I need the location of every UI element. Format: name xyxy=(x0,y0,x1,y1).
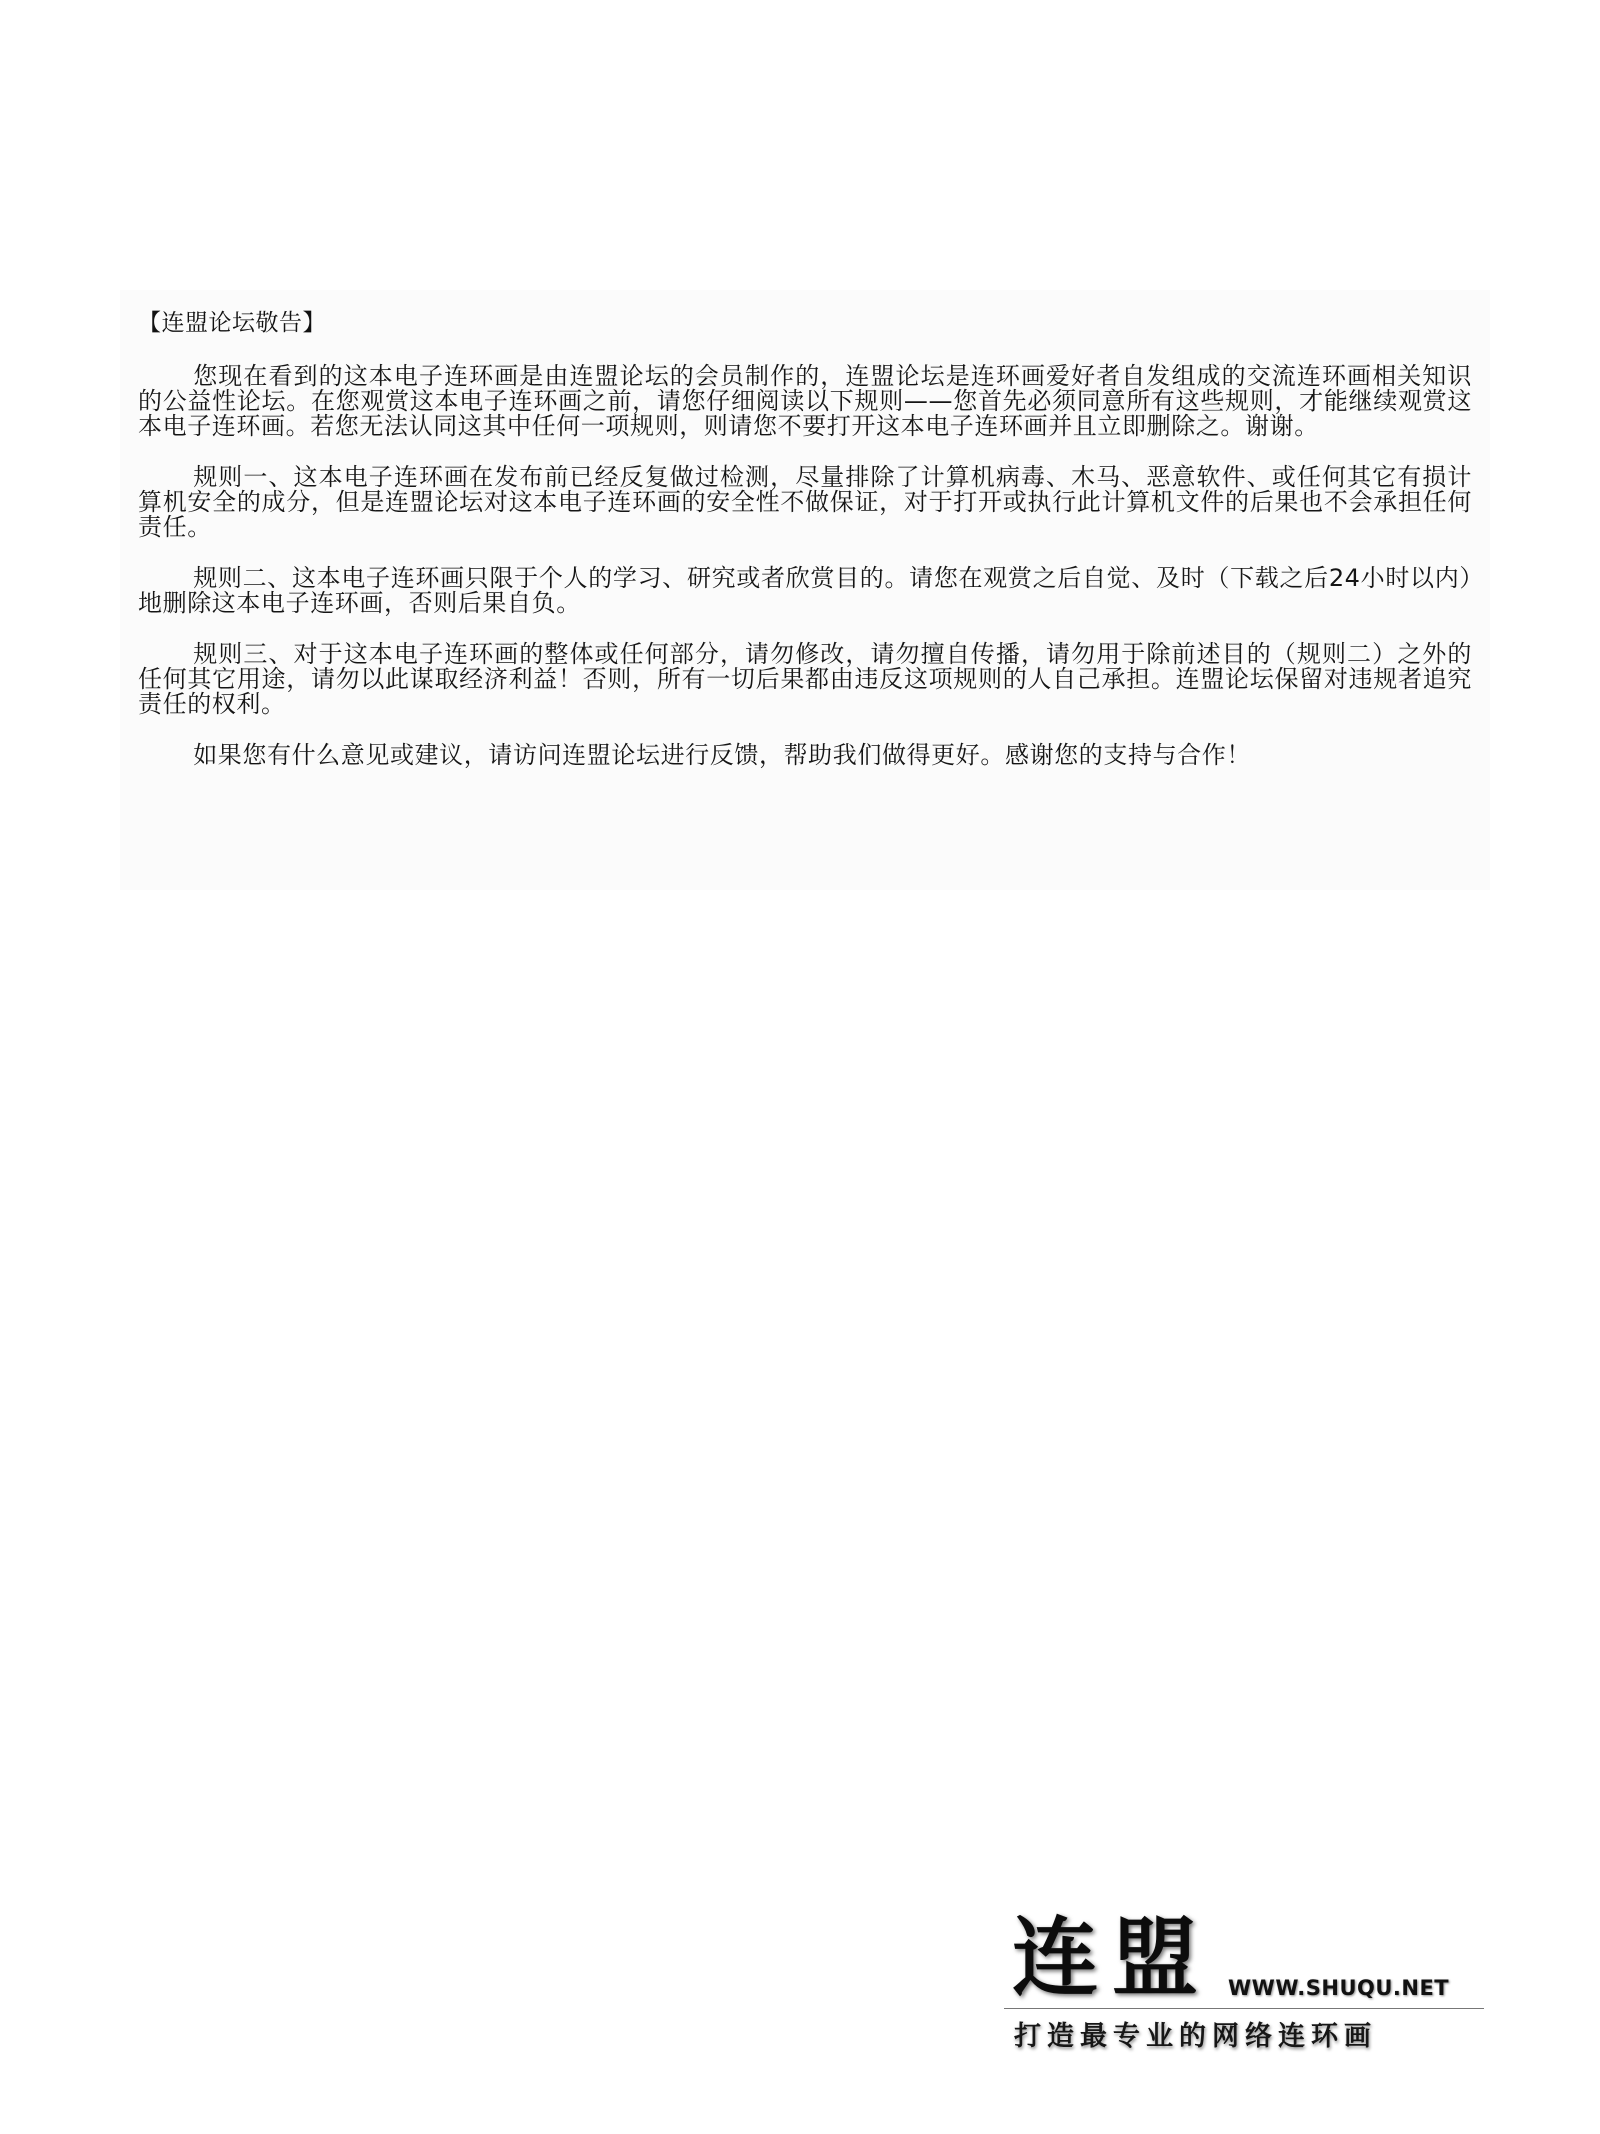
notice-intro-paragraph: 您现在看到的这本电子连环画是由连盟论坛的会员制作的，连盟论坛是连环画爱好者自发组… xyxy=(138,364,1472,439)
logo-divider xyxy=(1004,2008,1484,2009)
logo-calligraphy-mark: 连盟 xyxy=(1012,1910,1212,2006)
notice-box: 【连盟论坛敬告】 您现在看到的这本电子连环画是由连盟论坛的会员制作的，连盟论坛是… xyxy=(120,290,1490,890)
notice-title: 【连盟论坛敬告】 xyxy=(138,308,1472,338)
feedback-paragraph: 如果您有什么意见或建议，请访问连盟论坛进行反馈，帮助我们做得更好。感谢您的支持与… xyxy=(138,743,1472,768)
rule-two-paragraph: 规则二、这本电子连环画只限于个人的学习、研究或者欣赏目的。请您在观赏之后自觉、及… xyxy=(138,566,1472,616)
logo-slogan: 打造最专业的网络连环画 xyxy=(1014,2014,1377,2053)
logo-url: WWW.SHUQU.NET xyxy=(1228,1976,1449,2000)
rule-three-paragraph: 规则三、对于这本电子连环画的整体或任何部分，请勿修改，请勿擅自传播，请勿用于除前… xyxy=(138,642,1472,717)
rule-one-paragraph: 规则一、这本电子连环画在发布前已经反复做过检测，尽量排除了计算机病毒、木马、恶意… xyxy=(138,465,1472,540)
lianmeng-logo: 连盟 WWW.SHUQU.NET 打造最专业的网络连环画 xyxy=(1000,1910,1520,2050)
